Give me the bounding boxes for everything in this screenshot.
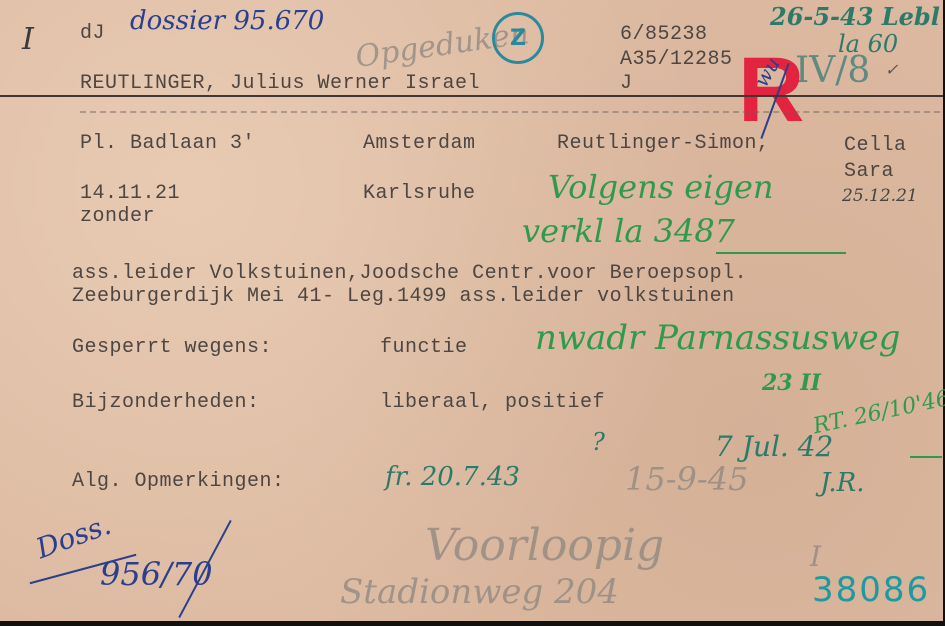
dashed-divider — [80, 111, 940, 113]
opmerkingen-initials: J.R. — [820, 468, 865, 498]
spouse-birthdate: 25.12.21 — [842, 186, 918, 206]
birthdate: 14.11.21 — [80, 182, 180, 205]
top-right-note-date: 26-5-43 Lebl — [770, 2, 940, 31]
reference-number-1: 6/85238 — [620, 23, 708, 46]
pencil-note-stadionweg: Stadionweg 204 — [340, 572, 619, 612]
check-mark: ✓ — [885, 60, 898, 79]
pencil-roman-numeral: I — [810, 540, 821, 573]
opmerkingen-label: Alg. Opmerkingen: — [72, 470, 285, 493]
opmerkingen-note-jul: 7 Jul. 42 — [715, 430, 833, 463]
register-mark: IV/8 — [795, 50, 870, 91]
dossier-note: dossier 95.670 — [130, 6, 324, 36]
code-dj: dJ — [80, 22, 105, 45]
bijzonderheden-value: liberaal, positief — [380, 391, 605, 414]
occupation-line-2: Zeeburgerdijk Mei 41- Leg.1499 ass.leide… — [72, 285, 735, 308]
header-divider — [0, 95, 943, 97]
city: Amsterdam — [363, 132, 476, 155]
green-note-23: 23 II — [762, 370, 821, 396]
address: Pl. Badlaan 3' — [80, 132, 255, 155]
green-underline — [716, 252, 846, 254]
occupation-line-1: ass.leider Volkstuinen,Joodsche Centr.vo… — [72, 262, 747, 285]
reference-number-2: A35/12285 — [620, 48, 733, 71]
archive-index-card: I dJ dossier 95.670 Opgeduken Z 6/85238 … — [0, 0, 945, 626]
roman-numeral: I — [22, 22, 34, 57]
birthplace: Karlsruhe — [363, 182, 476, 205]
opmerkingen-note-fr: fr. 20.7.43 — [385, 462, 520, 492]
spouse-second-name: Sara — [844, 160, 894, 183]
religion: zonder — [80, 205, 155, 228]
green-note-parnassusweg: nwadr Parnassusweg — [535, 318, 900, 358]
spouse-first-name: Cella — [844, 134, 907, 157]
gesperrt-label: Gesperrt wegens: — [72, 336, 272, 359]
bijzonderheden-label: Bijzonderheden: — [72, 391, 260, 414]
green-stroke-right — [910, 456, 942, 458]
person-name: REUTLINGER, Julius Werner Israel — [80, 72, 480, 95]
circle-stamp: Z — [492, 12, 544, 64]
category-letter: J — [620, 72, 633, 95]
pencil-note-voorloopig: Voorloopig — [425, 520, 664, 571]
green-note-verkl: verkl la 3487 — [522, 212, 735, 250]
gesperrt-value: functie — [380, 336, 468, 359]
opmerkingen-question: ? — [592, 428, 605, 456]
archive-stamp-number: 38086 — [812, 570, 930, 610]
spouse-name: Reutlinger-Simon, — [557, 132, 770, 155]
green-note-volgens: Volgens eigen — [548, 168, 774, 206]
opmerkingen-note-date: 15-9-45 — [625, 460, 748, 498]
